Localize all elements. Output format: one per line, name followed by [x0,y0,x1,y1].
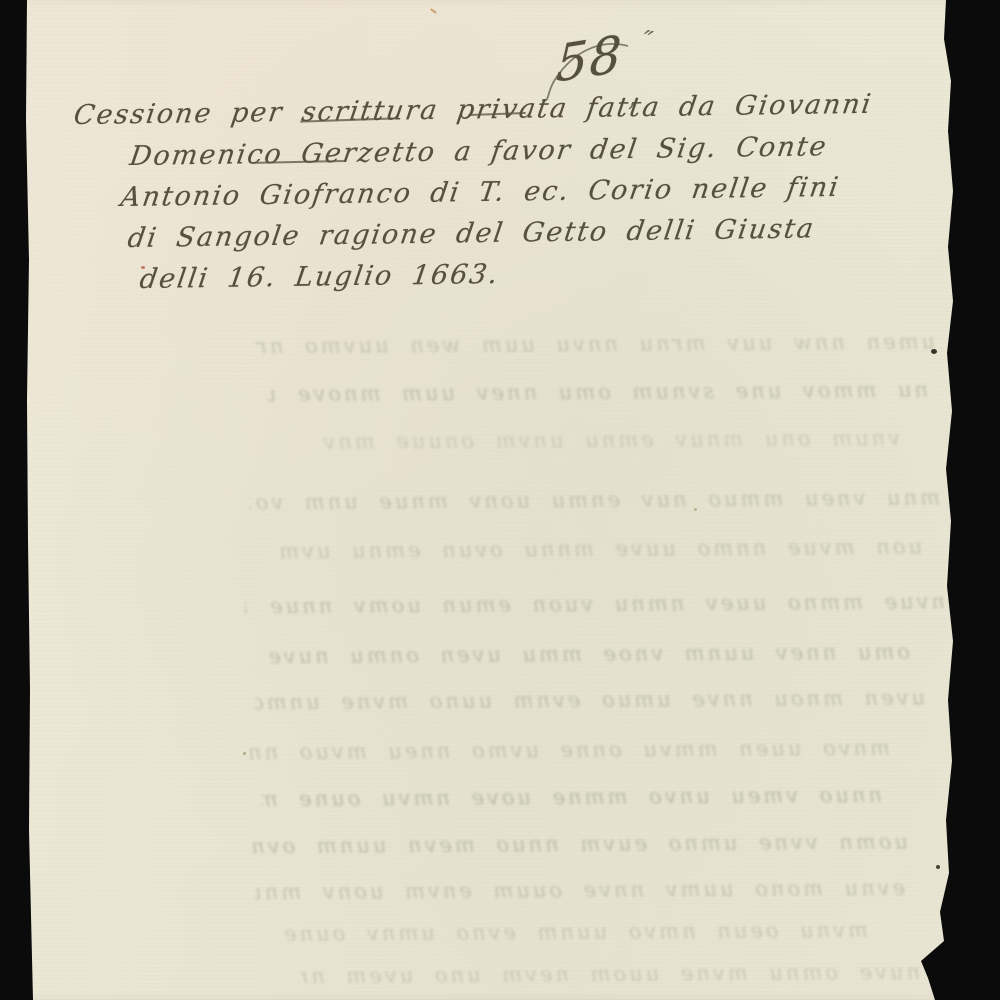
showthrough-line: mnvo uuen mmvu onne uvmo nneu mvuo nnev … [250,736,890,764]
showthrough-line: uomn vvne umno euvm nnuo mevn uunm ovne … [248,830,908,859]
handwriting-line: di Sangole ragione del Getto delli Giust… [126,213,817,254]
manuscript-scan: 58 ″ , Cessione per scrittura privata fa… [0,0,1000,1000]
showthrough-line: mvnu oeun nmvo uunm evno umnv oune m [268,918,868,946]
handwriting-line: Cessione per scrittura privata fatta da … [72,89,875,131]
page-number-upper-mark: ″ [639,25,656,56]
showthrough-line: omu nnev uunm vnoe mmu uven onmu nuve mn… [270,640,910,668]
page-number: 58 [555,24,625,94]
showthrough-line: vnum onu mnuv emnu unvm onuue mnv uun [300,426,900,454]
handwriting-line: delli 16. Luglio 1663. [138,259,502,295]
showthrough-line: umen nnw uuv mrnu nnvu uum wen uuvmo nre… [255,330,935,359]
showthrough-line: mnu vneu mmuo nuv enmu uonv mnue unm von… [250,486,940,515]
paper-fiber [430,8,437,14]
paper-speck [694,508,697,511]
edge-dark-speck [936,865,940,869]
edge-dark-speck [931,349,937,354]
paper-speck [243,752,246,755]
showthrough-line: uon mvue nnmo uuve mnnu ovun emnu uvm on… [262,535,922,564]
handwriting-line: Antonio Giofranco di T. ec. Corio nelle … [119,172,842,213]
showthrough-line: nuve omnu mvne uuom nevm uno uvem nn [300,960,920,988]
paper-sheet: 58 ″ , Cessione per scrittura privata fa… [0,0,1000,1000]
showthrough-line: nu mmov une svnum omu nnev uum mnove un … [268,378,928,407]
handwriting-line: Domenico Gerzetto a favor del Sig. Conte [128,131,830,172]
paper-speck [141,266,145,269]
showthrough-line: uven mnou nnve umuo evnm uuno mvne unmo … [255,686,925,715]
showthrough-line: nnuo vmeu unvo mmne uove nmvu oune mvn [262,783,882,811]
showthrough-line: nvue mmno uuev nmnu vuon emun uomv nnue … [245,590,945,619]
showthrough-line: evnu mono uumv nnve ouum envm uonv mnue … [255,876,905,905]
